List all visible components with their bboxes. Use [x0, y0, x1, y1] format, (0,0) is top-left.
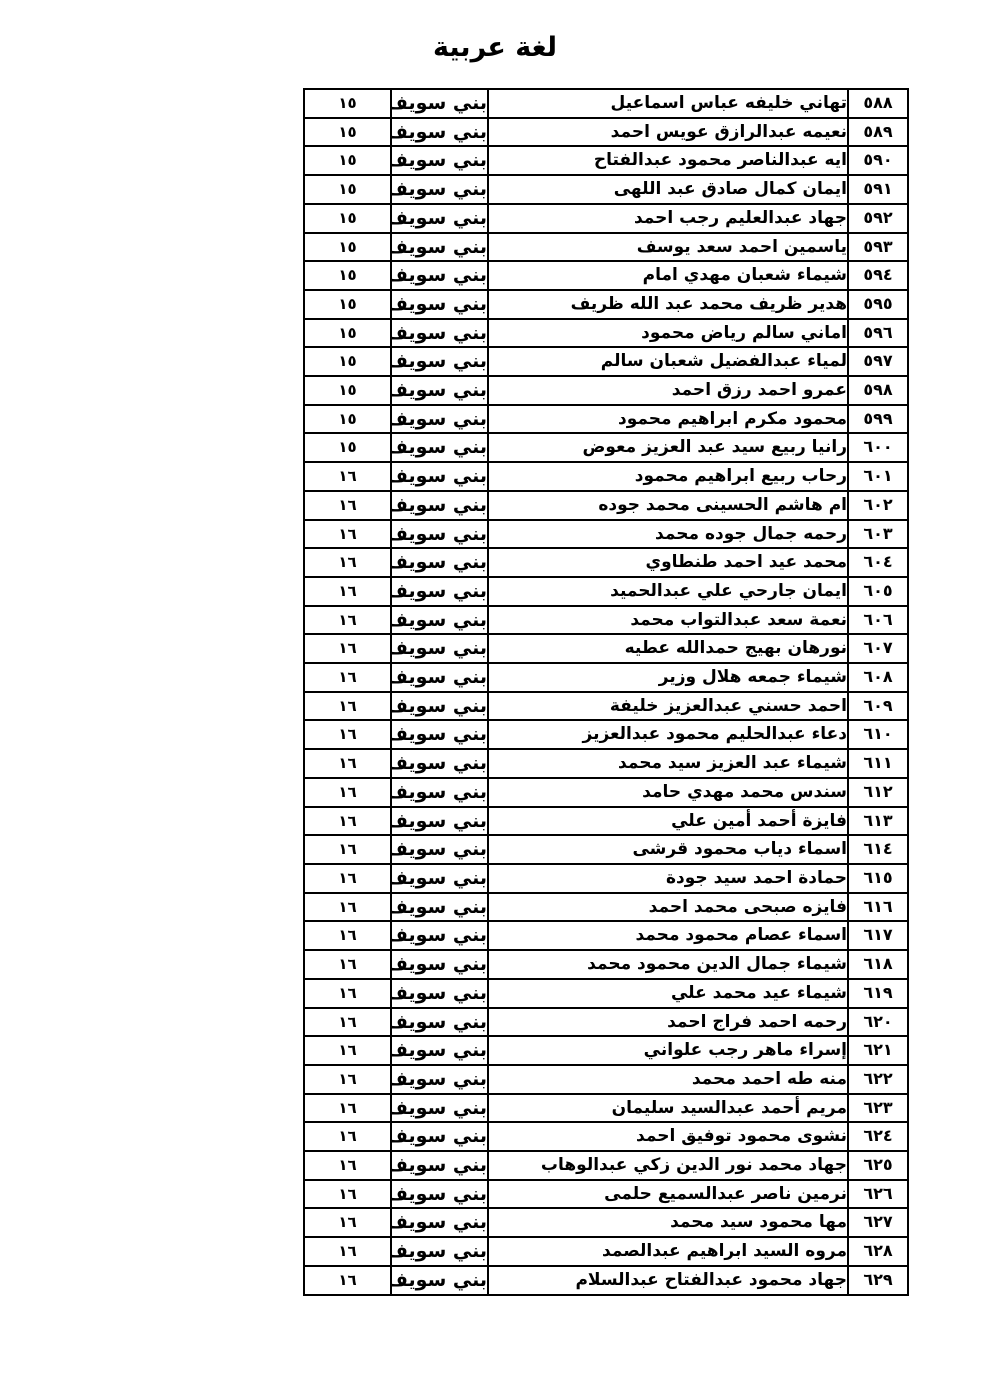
governorate-cell: بني سويف — [391, 118, 488, 147]
serial-cell: ٦٢٥ — [848, 1151, 908, 1180]
score-cell: ١٥ — [304, 319, 391, 348]
page-title: لغة عربية — [0, 32, 990, 63]
serial-cell: ٥٩٩ — [848, 405, 908, 434]
serial-cell: ٦٢٧ — [848, 1208, 908, 1237]
results-table: ٥٨٨ تهاني خليفه عباس اسماعيل بني سويف ١٥… — [303, 88, 909, 1296]
serial-cell: ٦٢٠ — [848, 1008, 908, 1037]
governorate-cell: بني سويف — [391, 778, 488, 807]
score-cell: ١٦ — [304, 1065, 391, 1094]
serial-cell: ٦١١ — [848, 749, 908, 778]
serial-cell: ٦٠٣ — [848, 520, 908, 549]
score-cell: ١٦ — [304, 663, 391, 692]
serial-cell: ٥٩٨ — [848, 376, 908, 405]
name-cell: شيماء عيد محمد علي — [488, 979, 848, 1008]
name-cell: رانيا ربيع سيد عبد العزيز معوض — [488, 433, 848, 462]
governorate-cell: بني سويف — [391, 1065, 488, 1094]
score-cell: ١٦ — [304, 1266, 391, 1295]
score-cell: ١٦ — [304, 1008, 391, 1037]
table-row: ٦١٥ حمادة احمد سيد جودة بني سويف ١٦ — [304, 864, 908, 893]
table-row: ٥٩٤ شيماء شعبان مهدي امام بني سويف ١٥ — [304, 261, 908, 290]
serial-cell: ٦١٥ — [848, 864, 908, 893]
governorate-cell: بني سويف — [391, 1208, 488, 1237]
score-cell: ١٥ — [304, 233, 391, 262]
table-row: ٦٠١ رحاب ربيع ابراهيم محمود بني سويف ١٦ — [304, 462, 908, 491]
name-cell: مها محمود سيد محمد — [488, 1208, 848, 1237]
serial-cell: ٥٩٠ — [848, 146, 908, 175]
serial-cell: ٥٩٦ — [848, 319, 908, 348]
name-cell: نعيمه عبدالرازق عويس احمد — [488, 118, 848, 147]
score-cell: ١٦ — [304, 979, 391, 1008]
governorate-cell: بني سويف — [391, 720, 488, 749]
serial-cell: ٦٠١ — [848, 462, 908, 491]
serial-cell: ٦٠٦ — [848, 606, 908, 635]
governorate-cell: بني سويف — [391, 462, 488, 491]
serial-cell: ٦٢٣ — [848, 1094, 908, 1123]
serial-cell: ٦١٣ — [848, 807, 908, 836]
score-cell: ١٥ — [304, 290, 391, 319]
name-cell: إسراء ماهر رجب علواني — [488, 1036, 848, 1065]
governorate-cell: بني سويف — [391, 979, 488, 1008]
table-row: ٦١١ شيماء عبد العزيز سيد محمد بني سويف ١… — [304, 749, 908, 778]
score-cell: ١٦ — [304, 548, 391, 577]
serial-cell: ٥٩١ — [848, 175, 908, 204]
name-cell: نورهان بهيج حمدالله عطيه — [488, 634, 848, 663]
score-cell: ١٦ — [304, 491, 391, 520]
governorate-cell: بني سويف — [391, 893, 488, 922]
governorate-cell: بني سويف — [391, 692, 488, 721]
serial-cell: ٦٢٤ — [848, 1122, 908, 1151]
governorate-cell: بني سويف — [391, 1008, 488, 1037]
table-row: ٦٢٥ جهاد محمد نور الدين زكي عبدالوهاب بن… — [304, 1151, 908, 1180]
table-row: ٥٩٢ جهاد عبدالعليم رجب احمد بني سويف ١٥ — [304, 204, 908, 233]
serial-cell: ٥٨٨ — [848, 89, 908, 118]
name-cell: شيماء جمال الدين محمود محمد — [488, 950, 848, 979]
name-cell: دعاء عبدالحليم محمود عبدالعزيز — [488, 720, 848, 749]
name-cell: حمادة احمد سيد جودة — [488, 864, 848, 893]
governorate-cell: بني سويف — [391, 950, 488, 979]
serial-cell: ٦١٢ — [848, 778, 908, 807]
serial-cell: ٦١٧ — [848, 921, 908, 950]
governorate-cell: بني سويف — [391, 319, 488, 348]
name-cell: مروه السيد ابراهيم عبدالصمد — [488, 1237, 848, 1266]
name-cell: ام هاشم الحسينى محمد جوده — [488, 491, 848, 520]
serial-cell: ٦٢١ — [848, 1036, 908, 1065]
serial-cell: ٥٩٧ — [848, 347, 908, 376]
governorate-cell: بني سويف — [391, 347, 488, 376]
name-cell: ياسمين احمد سعد يوسف — [488, 233, 848, 262]
governorate-cell: بني سويف — [391, 864, 488, 893]
governorate-cell: بني سويف — [391, 634, 488, 663]
name-cell: نعمة سعد عبدالتواب محمد — [488, 606, 848, 635]
table-row: ٦١٩ شيماء عيد محمد علي بني سويف ١٦ — [304, 979, 908, 1008]
serial-cell: ٦٠٩ — [848, 692, 908, 721]
serial-cell: ٦٠٧ — [848, 634, 908, 663]
serial-cell: ٥٩٥ — [848, 290, 908, 319]
table-row: ٦٢٧ مها محمود سيد محمد بني سويف ١٦ — [304, 1208, 908, 1237]
name-cell: محمود مكرم ابراهيم محمود — [488, 405, 848, 434]
score-cell: ١٥ — [304, 261, 391, 290]
name-cell: شيماء عبد العزيز سيد محمد — [488, 749, 848, 778]
serial-cell: ٦١٠ — [848, 720, 908, 749]
governorate-cell: بني سويف — [391, 921, 488, 950]
name-cell: اماني سالم رياض محمود — [488, 319, 848, 348]
score-cell: ١٦ — [304, 577, 391, 606]
score-cell: ١٦ — [304, 1208, 391, 1237]
table-row: ٦٠٢ ام هاشم الحسينى محمد جوده بني سويف ١… — [304, 491, 908, 520]
table-row: ٥٩٣ ياسمين احمد سعد يوسف بني سويف ١٥ — [304, 233, 908, 262]
score-cell: ١٦ — [304, 893, 391, 922]
table-row: ٦٢٦ نرمين ناصر عبدالسميع حلمى بني سويف ١… — [304, 1180, 908, 1209]
governorate-cell: بني سويف — [391, 146, 488, 175]
serial-cell: ٦٢٢ — [848, 1065, 908, 1094]
table-row: ٥٩٩ محمود مكرم ابراهيم محمود بني سويف ١٥ — [304, 405, 908, 434]
name-cell: رحمه جمال جوده محمد — [488, 520, 848, 549]
score-cell: ١٦ — [304, 634, 391, 663]
table-row: ٦٠٥ ايمان جارحي علي عبدالحميد بني سويف ١… — [304, 577, 908, 606]
table-row: ٦١٠ دعاء عبدالحليم محمود عبدالعزيز بني س… — [304, 720, 908, 749]
score-cell: ١٦ — [304, 749, 391, 778]
governorate-cell: بني سويف — [391, 807, 488, 836]
table-row: ٦٠٠ رانيا ربيع سيد عبد العزيز معوض بني س… — [304, 433, 908, 462]
score-cell: ١٦ — [304, 1151, 391, 1180]
table-row: ٦١٤ اسماء دياب محمود قرشى بني سويف ١٦ — [304, 835, 908, 864]
score-cell: ١٦ — [304, 1122, 391, 1151]
serial-cell: ٦٠٠ — [848, 433, 908, 462]
name-cell: ايمان جارحي علي عبدالحميد — [488, 577, 848, 606]
table-row: ٦١٨ شيماء جمال الدين محمود محمد بني سويف… — [304, 950, 908, 979]
name-cell: هدير ظريف محمد عبد الله ظريف — [488, 290, 848, 319]
governorate-cell: بني سويف — [391, 1237, 488, 1266]
governorate-cell: بني سويف — [391, 606, 488, 635]
name-cell: عمرو احمد رزق احمد — [488, 376, 848, 405]
governorate-cell: بني سويف — [391, 749, 488, 778]
serial-cell: ٦١٦ — [848, 893, 908, 922]
serial-cell: ٦٠٤ — [848, 548, 908, 577]
serial-cell: ٦١٨ — [848, 950, 908, 979]
governorate-cell: بني سويف — [391, 548, 488, 577]
governorate-cell: بني سويف — [391, 233, 488, 262]
table-row: ٥٩٨ عمرو احمد رزق احمد بني سويف ١٥ — [304, 376, 908, 405]
table-row: ٦١٧ اسماء عصام محمود محمد بني سويف ١٦ — [304, 921, 908, 950]
governorate-cell: بني سويف — [391, 204, 488, 233]
score-cell: ١٦ — [304, 1094, 391, 1123]
name-cell: جهاد محمود عبدالفتاح عبدالسلام — [488, 1266, 848, 1295]
score-cell: ١٥ — [304, 204, 391, 233]
table-row: ٦١٢ سندس محمد مهدي حامد بني سويف ١٦ — [304, 778, 908, 807]
score-cell: ١٦ — [304, 864, 391, 893]
serial-cell: ٥٨٩ — [848, 118, 908, 147]
table-row: ٥٩١ ايمان كمال صادق عبد اللهى بني سويف ١… — [304, 175, 908, 204]
score-cell: ١٦ — [304, 692, 391, 721]
serial-cell: ٥٩٤ — [848, 261, 908, 290]
table-row: ٥٩٧ لمياء عبدالفضيل شعبان سالم بني سويف … — [304, 347, 908, 376]
name-cell: شيماء جمعه هلال وزير — [488, 663, 848, 692]
name-cell: اسماء دياب محمود قرشى — [488, 835, 848, 864]
score-cell: ١٥ — [304, 433, 391, 462]
governorate-cell: بني سويف — [391, 835, 488, 864]
governorate-cell: بني سويف — [391, 1036, 488, 1065]
table-row: ٥٩٠ ايه عبدالناصر محمود عبدالفتاح بني سو… — [304, 146, 908, 175]
name-cell: فايزة أحمد أمين علي — [488, 807, 848, 836]
serial-cell: ٦٠٥ — [848, 577, 908, 606]
score-cell: ١٦ — [304, 835, 391, 864]
score-cell: ١٦ — [304, 720, 391, 749]
table-row: ٦٠٧ نورهان بهيج حمدالله عطيه بني سويف ١٦ — [304, 634, 908, 663]
name-cell: شيماء شعبان مهدي امام — [488, 261, 848, 290]
score-cell: ١٦ — [304, 950, 391, 979]
name-cell: رحمه احمد فراج احمد — [488, 1008, 848, 1037]
governorate-cell: بني سويف — [391, 175, 488, 204]
governorate-cell: بني سويف — [391, 520, 488, 549]
governorate-cell: بني سويف — [391, 405, 488, 434]
governorate-cell: بني سويف — [391, 433, 488, 462]
serial-cell: ٥٩٣ — [848, 233, 908, 262]
table-row: ٦١٣ فايزة أحمد أمين علي بني سويف ١٦ — [304, 807, 908, 836]
score-cell: ١٦ — [304, 807, 391, 836]
table-row: ٦٢١ إسراء ماهر رجب علواني بني سويف ١٦ — [304, 1036, 908, 1065]
name-cell: جهاد عبدالعليم رجب احمد — [488, 204, 848, 233]
serial-cell: ٦٢٨ — [848, 1237, 908, 1266]
governorate-cell: بني سويف — [391, 1180, 488, 1209]
name-cell: اسماء عصام محمود محمد — [488, 921, 848, 950]
score-cell: ١٦ — [304, 606, 391, 635]
table-row: ٥٩٥ هدير ظريف محمد عبد الله ظريف بني سوي… — [304, 290, 908, 319]
name-cell: احمد حسني عبدالعزيز خليفة — [488, 692, 848, 721]
name-cell: لمياء عبدالفضيل شعبان سالم — [488, 347, 848, 376]
table-row: ٦١٦ فايزه صبحى محمد احمد بني سويف ١٦ — [304, 893, 908, 922]
table-row: ٦٢٠ رحمه احمد فراج احمد بني سويف ١٦ — [304, 1008, 908, 1037]
name-cell: منه طه احمد محمد — [488, 1065, 848, 1094]
table-row: ٦٠٨ شيماء جمعه هلال وزير بني سويف ١٦ — [304, 663, 908, 692]
score-cell: ١٥ — [304, 405, 391, 434]
score-cell: ١٦ — [304, 1036, 391, 1065]
governorate-cell: بني سويف — [391, 1094, 488, 1123]
table-row: ٦٢٨ مروه السيد ابراهيم عبدالصمد بني سويف… — [304, 1237, 908, 1266]
score-cell: ١٦ — [304, 921, 391, 950]
table-row: ٦٠٤ محمد عيد احمد طنطاوي بني سويف ١٦ — [304, 548, 908, 577]
score-cell: ١٥ — [304, 146, 391, 175]
table-row: ٥٨٨ تهاني خليفه عباس اسماعيل بني سويف ١٥ — [304, 89, 908, 118]
table-row: ٥٩٦ اماني سالم رياض محمود بني سويف ١٥ — [304, 319, 908, 348]
governorate-cell: بني سويف — [391, 577, 488, 606]
score-cell: ١٦ — [304, 462, 391, 491]
name-cell: فايزه صبحى محمد احمد — [488, 893, 848, 922]
name-cell: تهاني خليفه عباس اسماعيل — [488, 89, 848, 118]
name-cell: مريم أحمد عبدالسيد سليمان — [488, 1094, 848, 1123]
governorate-cell: بني سويف — [391, 1266, 488, 1295]
name-cell: ايمان كمال صادق عبد اللهى — [488, 175, 848, 204]
table-row: ٦٠٩ احمد حسني عبدالعزيز خليفة بني سويف ١… — [304, 692, 908, 721]
serial-cell: ٥٩٢ — [848, 204, 908, 233]
score-cell: ١٦ — [304, 1237, 391, 1266]
results-table-body: ٥٨٨ تهاني خليفه عباس اسماعيل بني سويف ١٥… — [304, 89, 908, 1295]
governorate-cell: بني سويف — [391, 1151, 488, 1180]
governorate-cell: بني سويف — [391, 261, 488, 290]
governorate-cell: بني سويف — [391, 491, 488, 520]
score-cell: ١٥ — [304, 175, 391, 204]
serial-cell: ٦٠٨ — [848, 663, 908, 692]
table-row: ٦٢٣ مريم أحمد عبدالسيد سليمان بني سويف ١… — [304, 1094, 908, 1123]
serial-cell: ٦١٤ — [848, 835, 908, 864]
name-cell: رحاب ربيع ابراهيم محمود — [488, 462, 848, 491]
serial-cell: ٦٢٩ — [848, 1266, 908, 1295]
governorate-cell: بني سويف — [391, 290, 488, 319]
name-cell: محمد عيد احمد طنطاوي — [488, 548, 848, 577]
table-row: ٦٠٣ رحمه جمال جوده محمد بني سويف ١٦ — [304, 520, 908, 549]
score-cell: ١٥ — [304, 347, 391, 376]
governorate-cell: بني سويف — [391, 663, 488, 692]
name-cell: نرمين ناصر عبدالسميع حلمى — [488, 1180, 848, 1209]
table-row: ٦٢٢ منه طه احمد محمد بني سويف ١٦ — [304, 1065, 908, 1094]
name-cell: سندس محمد مهدي حامد — [488, 778, 848, 807]
serial-cell: ٦١٩ — [848, 979, 908, 1008]
governorate-cell: بني سويف — [391, 1122, 488, 1151]
score-cell: ١٥ — [304, 376, 391, 405]
name-cell: نشوى محمود توفيق احمد — [488, 1122, 848, 1151]
name-cell: جهاد محمد نور الدين زكي عبدالوهاب — [488, 1151, 848, 1180]
table-row: ٦٢٤ نشوى محمود توفيق احمد بني سويف ١٦ — [304, 1122, 908, 1151]
governorate-cell: بني سويف — [391, 376, 488, 405]
score-cell: ١٦ — [304, 778, 391, 807]
score-cell: ١٥ — [304, 89, 391, 118]
score-cell: ١٦ — [304, 520, 391, 549]
score-cell: ١٥ — [304, 118, 391, 147]
name-cell: ايه عبدالناصر محمود عبدالفتاح — [488, 146, 848, 175]
table-row: ٦٢٩ جهاد محمود عبدالفتاح عبدالسلام بني س… — [304, 1266, 908, 1295]
score-cell: ١٦ — [304, 1180, 391, 1209]
table-row: ٦٠٦ نعمة سعد عبدالتواب محمد بني سويف ١٦ — [304, 606, 908, 635]
governorate-cell: بني سويف — [391, 89, 488, 118]
serial-cell: ٦٠٢ — [848, 491, 908, 520]
table-row: ٥٨٩ نعيمه عبدالرازق عويس احمد بني سويف ١… — [304, 118, 908, 147]
serial-cell: ٦٢٦ — [848, 1180, 908, 1209]
